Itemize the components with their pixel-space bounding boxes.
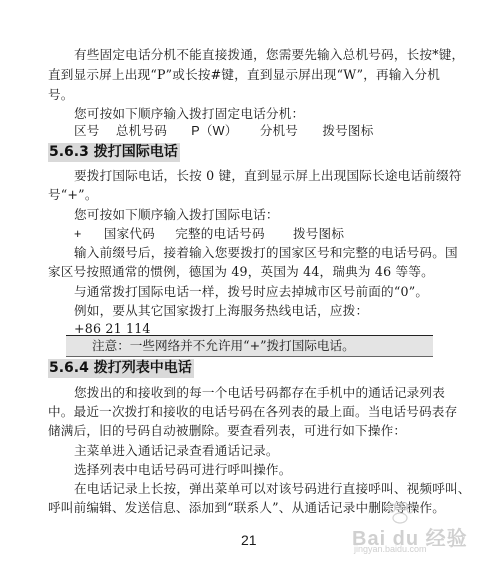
paragraph-line: 在电话记录上长按，弹出菜单可以对该号码进行直接呼叫、视频呼叫、 (74, 481, 471, 497)
watermark: Bai du 经验 jingyan.baidu.com (352, 500, 472, 560)
paragraph-line: 与通常拨打国际电话一样，拨号时应去掉城市区号前面的“0”。 (74, 284, 428, 300)
paragraph-line: 直到显示屏上出现“P”或长按#键，直到显示屏出现“W”，再输入分机 (48, 67, 440, 83)
paragraph-line: 您可按如下顺序输入拨打国际电话： (74, 207, 279, 223)
dial-sequence: + 国家代码 完整的电话号码 拨号图标 (74, 226, 344, 242)
paw-icon (385, 502, 415, 524)
section-heading: 5.6.4 拨打列表中电话 (48, 359, 194, 378)
paragraph-line: 选择列表中电话号码可进行呼叫操作。 (74, 462, 292, 478)
sequence-item: 完整的电话号码 (175, 226, 265, 241)
paragraph-line: 有些固定电话分机不能直接拨通，您需要先输入总机号码，长按*键， (74, 47, 464, 63)
paragraph-line: 号“+”。 (48, 187, 98, 203)
sequence-item: 总机号码 (116, 123, 167, 138)
sequence-item: + (74, 227, 82, 241)
watermark-url: jingyan.baidu.com (354, 544, 427, 554)
paragraph-line: 您拨出的和接收到的每一个电话号码都存在手机中的通话记录列表 (74, 385, 445, 401)
sequence-item: 拨号图标 (293, 226, 344, 241)
sequence-item: 分机号 (260, 123, 298, 138)
note-box: 注意：一些网络并不允许用“+”拨打国际电话。 (66, 335, 433, 357)
paragraph-line: 您可按如下顺序输入拨打固定电话分机： (74, 106, 304, 122)
paragraph-line: 例如，要从其它国家拨打上海服务热线电话，应拨： (74, 303, 368, 319)
paragraph-line: 储满后，旧的号码自动被删除。要查看列表，可进行如下操作： (48, 423, 406, 439)
paragraph-line: 中。最近一次拨打和接收的电话号码在各列表的最上面。当电话号码表存 (48, 404, 457, 420)
sequence-item: 拨号图标 (322, 123, 373, 138)
sequence-item: P（W） (191, 124, 237, 138)
note-text: 注意：一些网络并不允许用“+”拨打国际电话。 (92, 338, 355, 354)
dial-sequence: 区号 总机号码 P（W） 分机号 拨号图标 (74, 123, 374, 139)
sequence-item: 区号 (74, 123, 100, 138)
sequence-item: 国家代码 (104, 226, 155, 241)
paragraph-line: 号。 (48, 87, 74, 103)
paragraph-line: 家区号按照通常的惯例，德国为 49，英国为 44，瑞典为 46 等等。 (48, 264, 434, 280)
section-heading: 5.6.3 拨打国际电话 (48, 143, 180, 162)
paragraph-line: 主菜单进入通话记录查看通话记录。 (74, 443, 279, 459)
page-number: 21 (241, 532, 257, 548)
paragraph-line: 输入前缀号后，接着输入您要拨打的国家区号和完整的电话号码。国 (74, 245, 458, 261)
paragraph-line: 要拨打国际电话，长按 0 键，直到显示屏上出现国际长途电话前缀符 (74, 168, 462, 184)
